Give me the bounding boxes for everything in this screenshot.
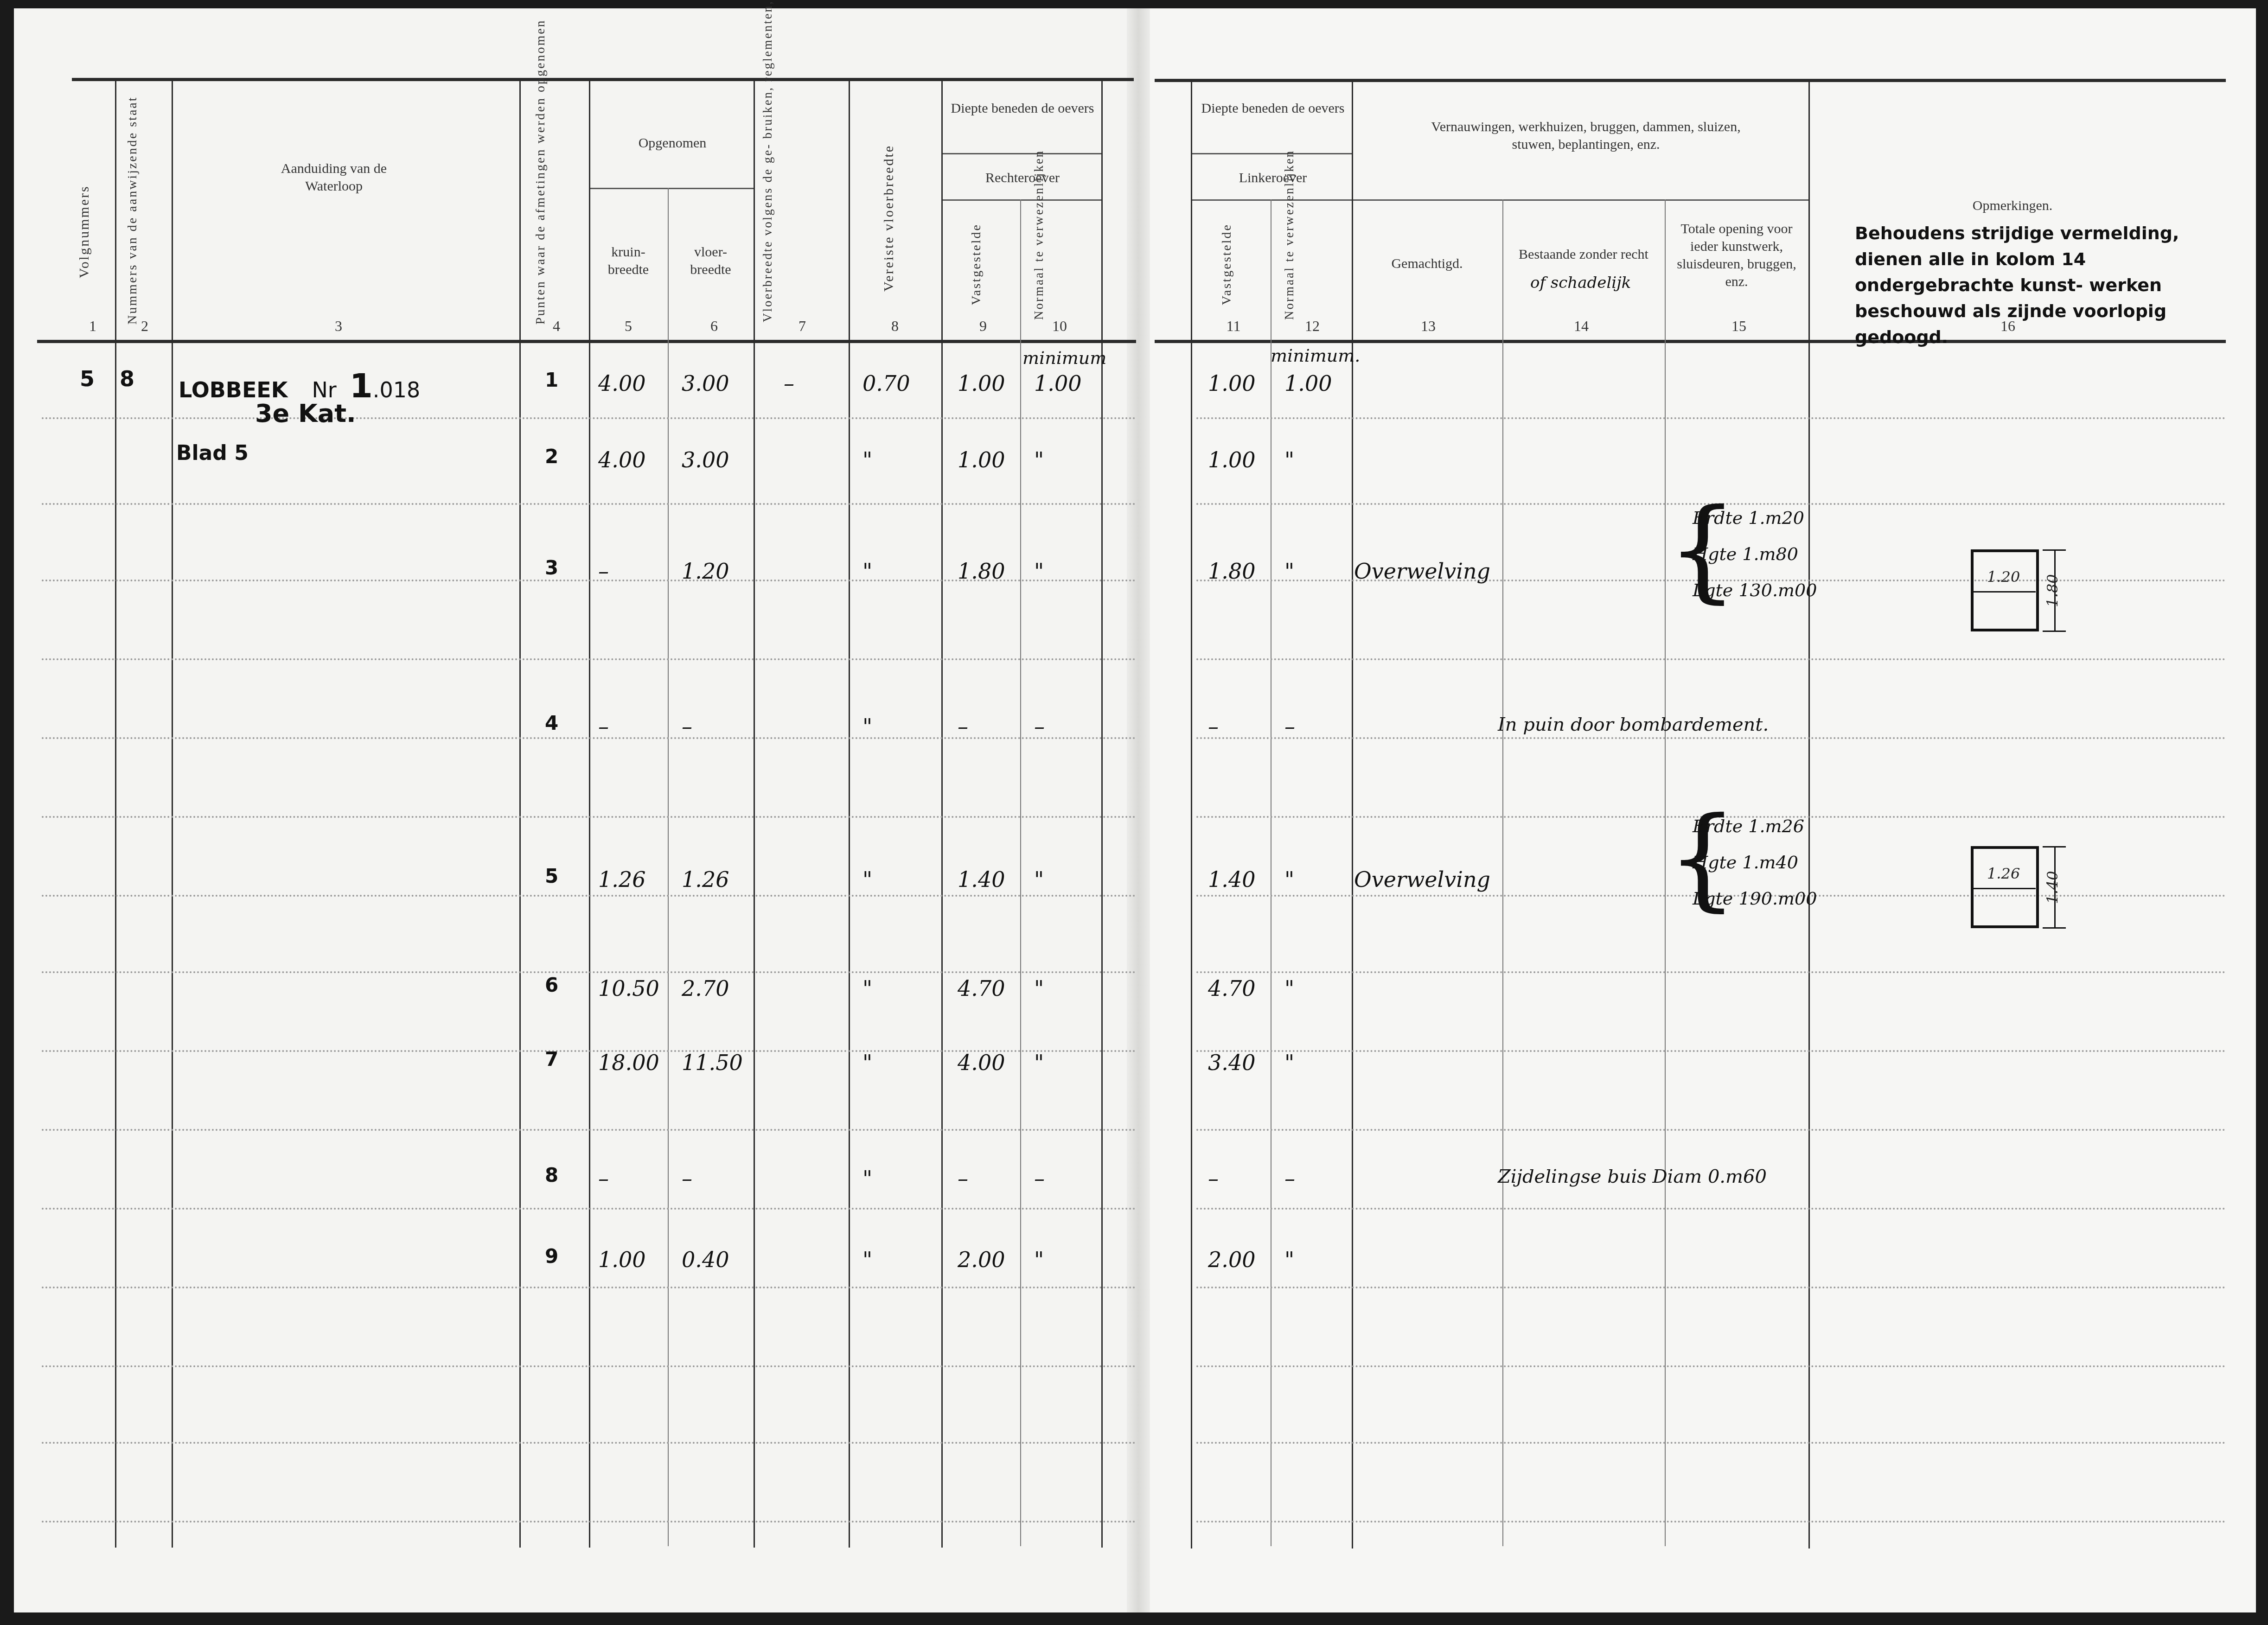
diagram-1-height: 1.80 — [2044, 574, 2061, 607]
categorie: 3e Kat. — [255, 399, 356, 428]
row-totale-opening: Lgte 130.m00 — [1693, 580, 1817, 600]
row-vereiste: " — [862, 1050, 872, 1075]
ruled-row-line — [42, 737, 1136, 739]
header-diepte-left: Diepte beneden de oevers — [946, 100, 1099, 117]
header-nummers-staat: Nummers van de aanwijzende staat — [125, 116, 162, 325]
header-bottom-rule — [37, 340, 1136, 343]
row-kruinbreedte: – — [598, 714, 609, 739]
ruled-row-line — [42, 1442, 1136, 1444]
row-linker-vastgestelde: 1.80 — [1208, 559, 1255, 584]
header-kruinbreedte: kruin- breedte — [596, 243, 661, 279]
ruled-row-line — [1196, 737, 2226, 739]
row-rechter-normaal: – — [1034, 714, 1045, 739]
row-linker-vastgestelde: 1.00 — [1208, 371, 1255, 396]
ruled-row-line — [42, 816, 1136, 818]
header-opgenomen: Opgenomen — [594, 134, 751, 152]
header-top-rule-right — [1155, 79, 2226, 82]
column-number: 13 — [1414, 318, 1442, 335]
column-number: 1 — [79, 318, 107, 335]
col-divider — [1271, 199, 1271, 1546]
ruled-row-line — [1196, 417, 2226, 419]
row-totale-opening: Brdte 1.m20 — [1693, 508, 1804, 528]
row-vloerbreedte: 0.40 — [682, 1247, 729, 1272]
row-kruinbreedte: – — [598, 559, 609, 584]
row-rechter-normaal: 1.00 — [1034, 371, 1081, 396]
row-rechter-vastgestelde: 4.70 — [958, 976, 1005, 1001]
header-vastgestelde-l: Vastgestelde — [1220, 209, 1243, 320]
row-rechter-vastgestelde: – — [958, 1166, 968, 1191]
header-normaal-r: Normaal te verwezenlijken — [1032, 204, 1087, 320]
minimum-label-right: minimum — [1022, 348, 1106, 368]
ruled-row-line — [42, 1365, 1136, 1367]
row-vereiste: " — [862, 867, 872, 892]
col-divider — [115, 78, 116, 1548]
row-vloerbreedte: 3.00 — [682, 371, 729, 396]
col-divider — [1665, 199, 1666, 1546]
header-top-rule — [72, 78, 1134, 81]
row-linker-vastgestelde: 4.70 — [1208, 976, 1255, 1001]
row-vereiste: " — [862, 1247, 872, 1272]
header-vloerbreedte-gebruiken: Vloerbreedte volgens de ge- bruiken, reg… — [760, 86, 839, 322]
row-rechter-vastgestelde: 1.40 — [958, 867, 1005, 892]
column-number: 4 — [543, 318, 570, 335]
row-linker-normaal: – — [1284, 1166, 1295, 1191]
row-rechter-vastgestelde: 4.00 — [958, 1050, 1005, 1075]
row-rechter-vastgestelde: 2.00 — [958, 1247, 1005, 1272]
ruled-row-line — [1196, 1129, 2226, 1131]
header-aanduiding: Aanduiding van de Waterloop — [260, 160, 408, 195]
header-vloerbreedte: vloer- breedte — [675, 243, 747, 279]
ruled-row-line — [42, 1287, 1136, 1288]
row-kruinbreedte: 18.00 — [598, 1050, 659, 1075]
book-gutter — [1127, 8, 1150, 1612]
row-linker-normaal: 1.00 — [1284, 371, 1332, 396]
ruled-row-line — [42, 895, 1136, 897]
header-gemachtigd: Gemachtigd. — [1356, 255, 1498, 273]
header-normaal-l: Normaal te verwezenlijken — [1282, 204, 1338, 320]
col-divider — [1101, 78, 1103, 1548]
row-vereiste: " — [862, 447, 872, 472]
col-divider — [519, 78, 521, 1548]
row-linker-normaal: – — [1284, 714, 1295, 739]
diepte-left-rule — [941, 153, 1101, 154]
row-totale-opening: Hgte 1.m40 — [1693, 852, 1798, 873]
ruled-row-line — [1196, 1287, 2226, 1288]
header-vernauwingen: Vernauwingen, werkhuizen, bruggen, damme… — [1428, 118, 1744, 153]
row-kruinbreedte: 1.00 — [598, 1247, 645, 1272]
row-punt: 2 — [545, 445, 558, 468]
row-linker-vastgestelde: 1.00 — [1208, 447, 1255, 472]
row-rechter-vastgestelde: 1.00 — [958, 371, 1005, 396]
row-vereiste: " — [862, 976, 872, 1001]
row-gemachtigd: Overwelving — [1354, 867, 1490, 892]
row-totale-opening: Lgte 190.m00 — [1693, 888, 1817, 909]
ruled-row-line — [1196, 1208, 2226, 1210]
col-divider — [1808, 79, 1810, 1549]
row-linker-vastgestelde: 3.40 — [1208, 1050, 1255, 1075]
header-diepte-right: Diepte beneden de oevers — [1196, 100, 1349, 117]
column-number: 15 — [1725, 318, 1753, 335]
ruled-row-line — [42, 971, 1136, 973]
row-linker-vastgestelde: – — [1208, 1166, 1219, 1191]
row-rechter-normaal: " — [1034, 867, 1044, 892]
row-punt: 9 — [545, 1245, 558, 1268]
header-rechteroever: Rechteroever — [946, 169, 1099, 187]
row-linker-normaal: " — [1284, 559, 1294, 584]
minimum-label-left: minimum. — [1271, 345, 1360, 366]
column-number: 5 — [614, 318, 642, 335]
col-divider — [941, 78, 943, 1548]
ruled-row-line — [42, 1521, 1136, 1523]
column-number: 16 — [1994, 318, 2022, 335]
column-number: 3 — [325, 318, 352, 335]
ruled-row-line — [42, 503, 1136, 505]
row-rechter-normaal: " — [1034, 447, 1044, 472]
col-divider — [1352, 79, 1353, 1549]
col-divider — [172, 78, 173, 1548]
diagram-2-width: 1.26 — [1987, 865, 2020, 882]
row-rechter-normaal: " — [1034, 1050, 1044, 1075]
column-number: 2 — [131, 318, 159, 335]
column-number: 12 — [1298, 318, 1326, 335]
row-punt: 5 — [545, 865, 558, 887]
diagram-1-width: 1.20 — [1987, 568, 2020, 586]
row-bestaande: In puin door bombardement. — [1498, 714, 1769, 735]
row-linker-normaal: " — [1284, 447, 1294, 472]
column-number: 7 — [788, 318, 816, 335]
row-rechter-normaal: " — [1034, 976, 1044, 1001]
col-divider — [1020, 199, 1021, 1546]
row-kruinbreedte: – — [598, 1166, 609, 1191]
row-punt: 7 — [545, 1048, 558, 1071]
ruled-row-line — [42, 1129, 1136, 1131]
col-divider — [1502, 199, 1503, 1546]
ruled-row-line — [42, 658, 1136, 660]
col-divider — [849, 78, 850, 1548]
row-vereiste: " — [862, 714, 872, 739]
nummer-staat: 8 — [120, 366, 134, 391]
row-linker-vastgestelde: 1.40 — [1208, 867, 1255, 892]
ruled-row-line — [1196, 658, 2226, 660]
row-vereiste: " — [862, 559, 872, 584]
header-totale-opening: Totale opening voor ieder kunstwerk, slu… — [1674, 220, 1799, 291]
row-linker-vastgestelde: – — [1208, 714, 1219, 739]
row-kruinbreedte: 4.00 — [598, 447, 645, 472]
row-rechter-normaal: – — [1034, 1166, 1045, 1191]
remark-stamp: Behoudens strijdige vermelding, dienen a… — [1855, 220, 2235, 350]
row-vloerbreedte: – — [682, 714, 692, 739]
col-divider — [1191, 79, 1192, 1549]
volgnummer: 5 — [80, 366, 95, 391]
row-kruinbreedte: 1.26 — [598, 867, 645, 892]
diepte-right-rule — [1192, 153, 1352, 154]
row-linker-normaal: " — [1284, 1050, 1294, 1075]
ruled-row-line — [1196, 1521, 2226, 1523]
row-rechter-normaal: " — [1034, 1247, 1044, 1272]
rechteroever-rule — [941, 199, 1101, 201]
row-punt: 4 — [545, 712, 558, 734]
row-punt: 1 — [545, 369, 558, 391]
column-number: 6 — [700, 318, 728, 335]
column-number: 9 — [969, 318, 997, 335]
row-vereiste: " — [862, 1166, 872, 1191]
row-vloerbreedte: 3.00 — [682, 447, 729, 472]
row-bestaande: Zijdelingse buis Diam 0.m60 — [1498, 1166, 1767, 1187]
column-number: 10 — [1046, 318, 1073, 335]
ruled-row-line — [1196, 971, 2226, 973]
header-vereiste-vloerbreedte: Vereiste vloerbreedte — [881, 116, 909, 320]
header-schadelijk-handwritten: of schadelijk — [1530, 274, 1631, 292]
row-kruinbreedte: 4.00 — [598, 371, 645, 396]
col-divider — [668, 188, 669, 1546]
row-punt: 8 — [545, 1164, 558, 1186]
blad: Blad 5 — [176, 441, 249, 465]
row-rechter-vastgestelde: 1.80 — [958, 559, 1005, 584]
row-vloerbreedte: 11.50 — [682, 1050, 743, 1075]
column-number: 14 — [1567, 318, 1595, 335]
header-punten: Punten waar de afmetingen werden opgenom… — [533, 83, 575, 325]
ruled-row-line — [1196, 1442, 2226, 1444]
row-rechter-normaal: " — [1034, 559, 1044, 584]
column-number: 11 — [1220, 318, 1247, 335]
col-divider — [754, 78, 755, 1548]
row-linker-vastgestelde: 2.00 — [1208, 1247, 1255, 1272]
row-linker-normaal: " — [1284, 1247, 1294, 1272]
row-vloerbreedte: 1.26 — [682, 867, 729, 892]
row-rechter-vastgestelde: – — [958, 714, 968, 739]
header-opmerkingen: Opmerkingen. — [1948, 197, 2077, 215]
row-vloerbreedte: 2.70 — [682, 976, 729, 1001]
row-vereiste: 0.70 — [862, 371, 910, 396]
header-volgnummers: Volgnummers — [77, 139, 95, 325]
row-gemachtigd: Overwelving — [1354, 559, 1490, 584]
row-punt: 6 — [545, 974, 558, 996]
header-bestaande: Bestaande zonder recht — [1512, 246, 1655, 263]
ruled-row-line — [42, 417, 1136, 419]
header-vastgestelde-r: Vastgestelde — [969, 209, 992, 320]
vernauwingen-rule — [1352, 199, 1808, 201]
waterloop-nr-rest: .018 — [373, 377, 420, 402]
col-divider — [589, 78, 590, 1548]
linkeroever-rule — [1192, 199, 1352, 201]
column-number: 8 — [881, 318, 909, 335]
row-totale-opening: Hgte 1.m80 — [1693, 544, 1798, 564]
row-punt: 3 — [545, 556, 558, 579]
row-rechter-vastgestelde: 1.00 — [958, 447, 1005, 472]
row-linker-normaal: " — [1284, 976, 1294, 1001]
ruled-row-line — [1196, 1050, 2226, 1052]
opgenomen-rule — [589, 188, 754, 189]
row-vloerbreedte: 1.20 — [682, 559, 729, 584]
left-page — [14, 8, 1136, 1612]
row-totale-opening: Brdte 1.m26 — [1693, 816, 1804, 836]
ruled-row-line — [42, 1208, 1136, 1210]
header-linkeroever: Linkeroever — [1196, 169, 1349, 187]
row-linker-normaal: " — [1284, 867, 1294, 892]
row-vloerbreedte: – — [682, 1166, 692, 1191]
ruled-row-line — [1196, 1365, 2226, 1367]
row-vloerbreedte-gebruik: – — [784, 371, 794, 396]
row-kruinbreedte: 10.50 — [598, 976, 659, 1001]
diagram-2-height: 1.40 — [2044, 871, 2061, 904]
